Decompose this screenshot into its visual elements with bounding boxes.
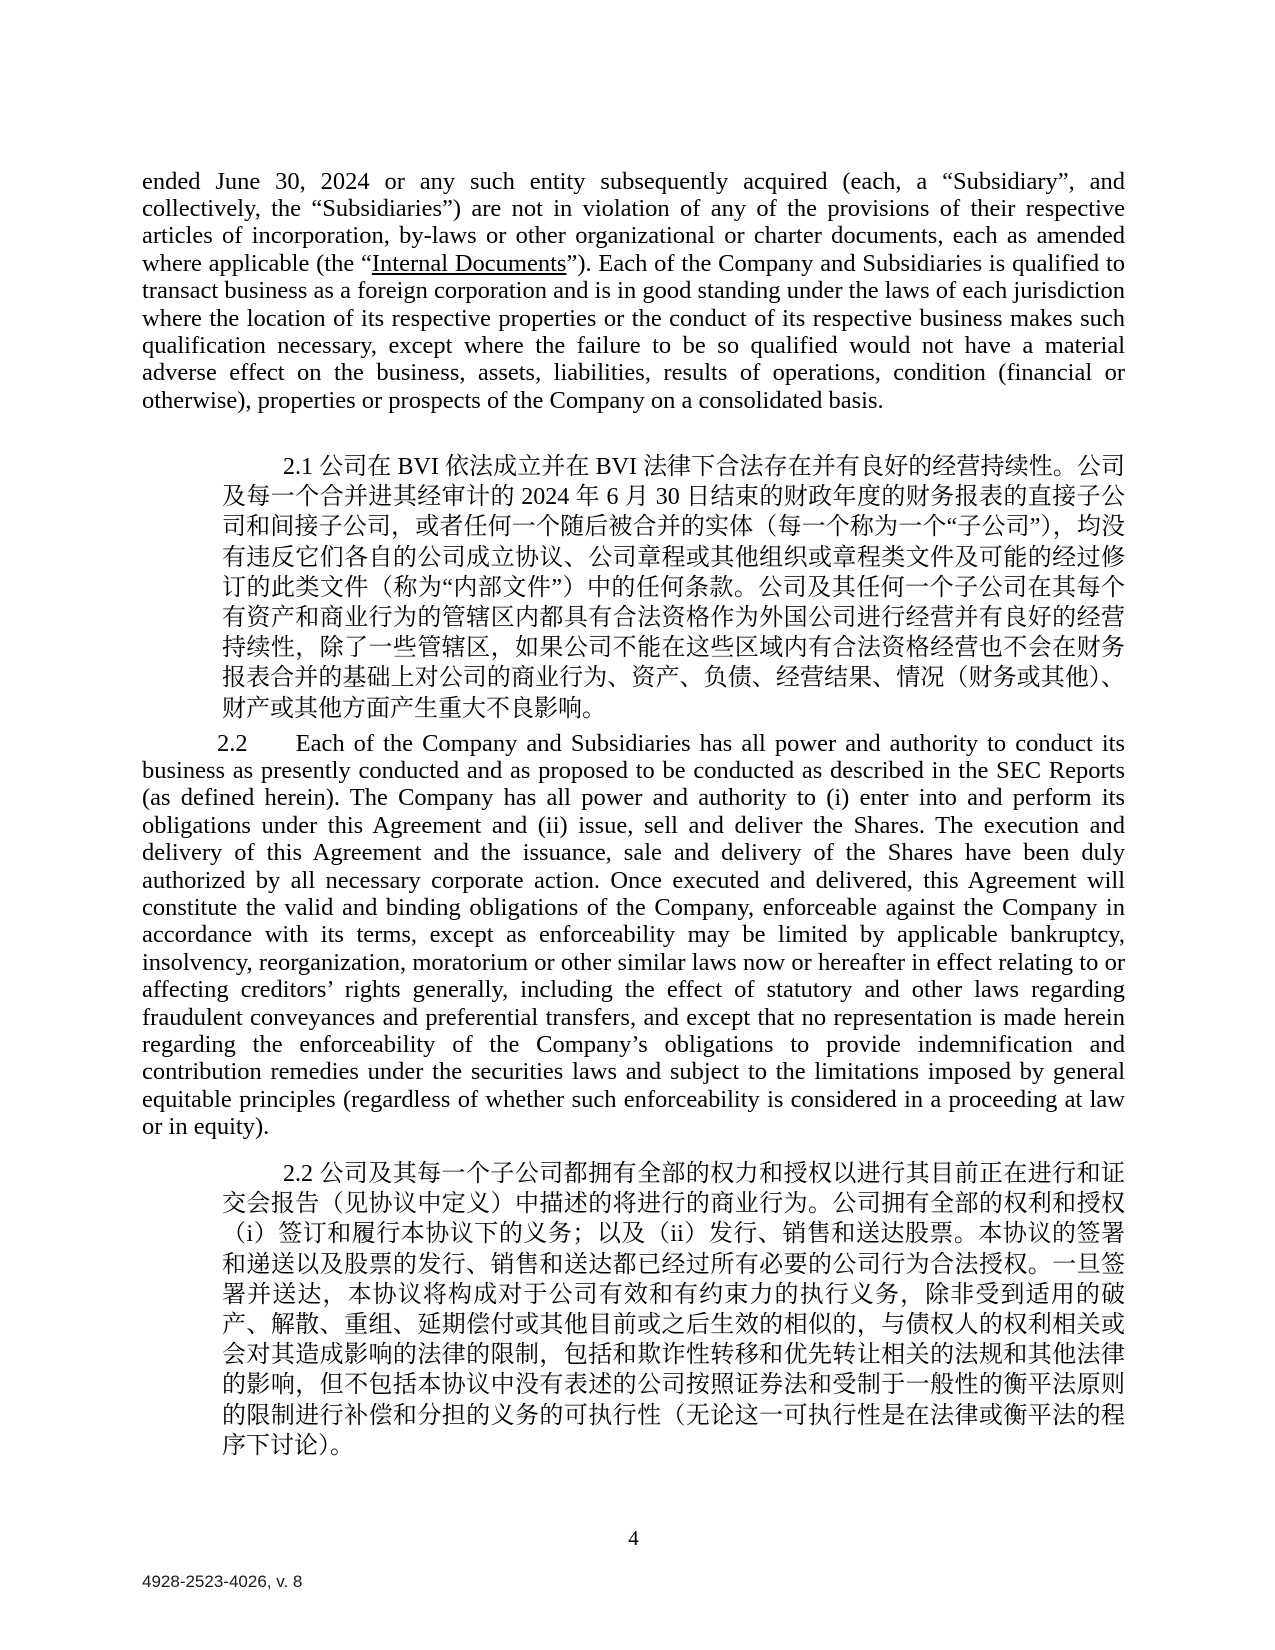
- document-id-footer: 4928-2523-4026, v. 8: [142, 1572, 302, 1592]
- section-2-2-zh: 2.2 公司及其每一个子公司都拥有全部的权力和授权以进行其目前正在进行和证交会报…: [222, 1159, 1125, 1461]
- section-2-1-zh: 2.1 公司在 BVI 依法成立并在 BVI 法律下合法存在并有良好的经营持续性…: [222, 452, 1125, 724]
- section-2-2-number: 2.2: [217, 730, 248, 757]
- document-page: ended June 30, 2024 or any such entity s…: [0, 0, 1275, 1650]
- section-2-2-en-text: Each of the Company and Subsidiaries has…: [142, 730, 1125, 1141]
- section-2-2-en: 2.2Each of the Company and Subsidiaries …: [142, 730, 1125, 1141]
- section-2-1-zh-text: 公司在 BVI 依法成立并在 BVI 法律下合法存在并有良好的经营持续性。公司及…: [222, 454, 1125, 722]
- section-2-2-zh-text: 公司及其每一个子公司都拥有全部的权力和授权以进行其目前正在进行和证交会报告（见协…: [222, 1161, 1125, 1459]
- defined-term-internal-documents: Internal Documents: [372, 250, 567, 277]
- paragraph-en-intro: ended June 30, 2024 or any such entity s…: [142, 168, 1125, 415]
- section-2-2-zh-number: 2.2: [283, 1161, 313, 1187]
- section-2-1-number: 2.1: [283, 454, 313, 480]
- page-number: 4: [142, 1526, 1125, 1551]
